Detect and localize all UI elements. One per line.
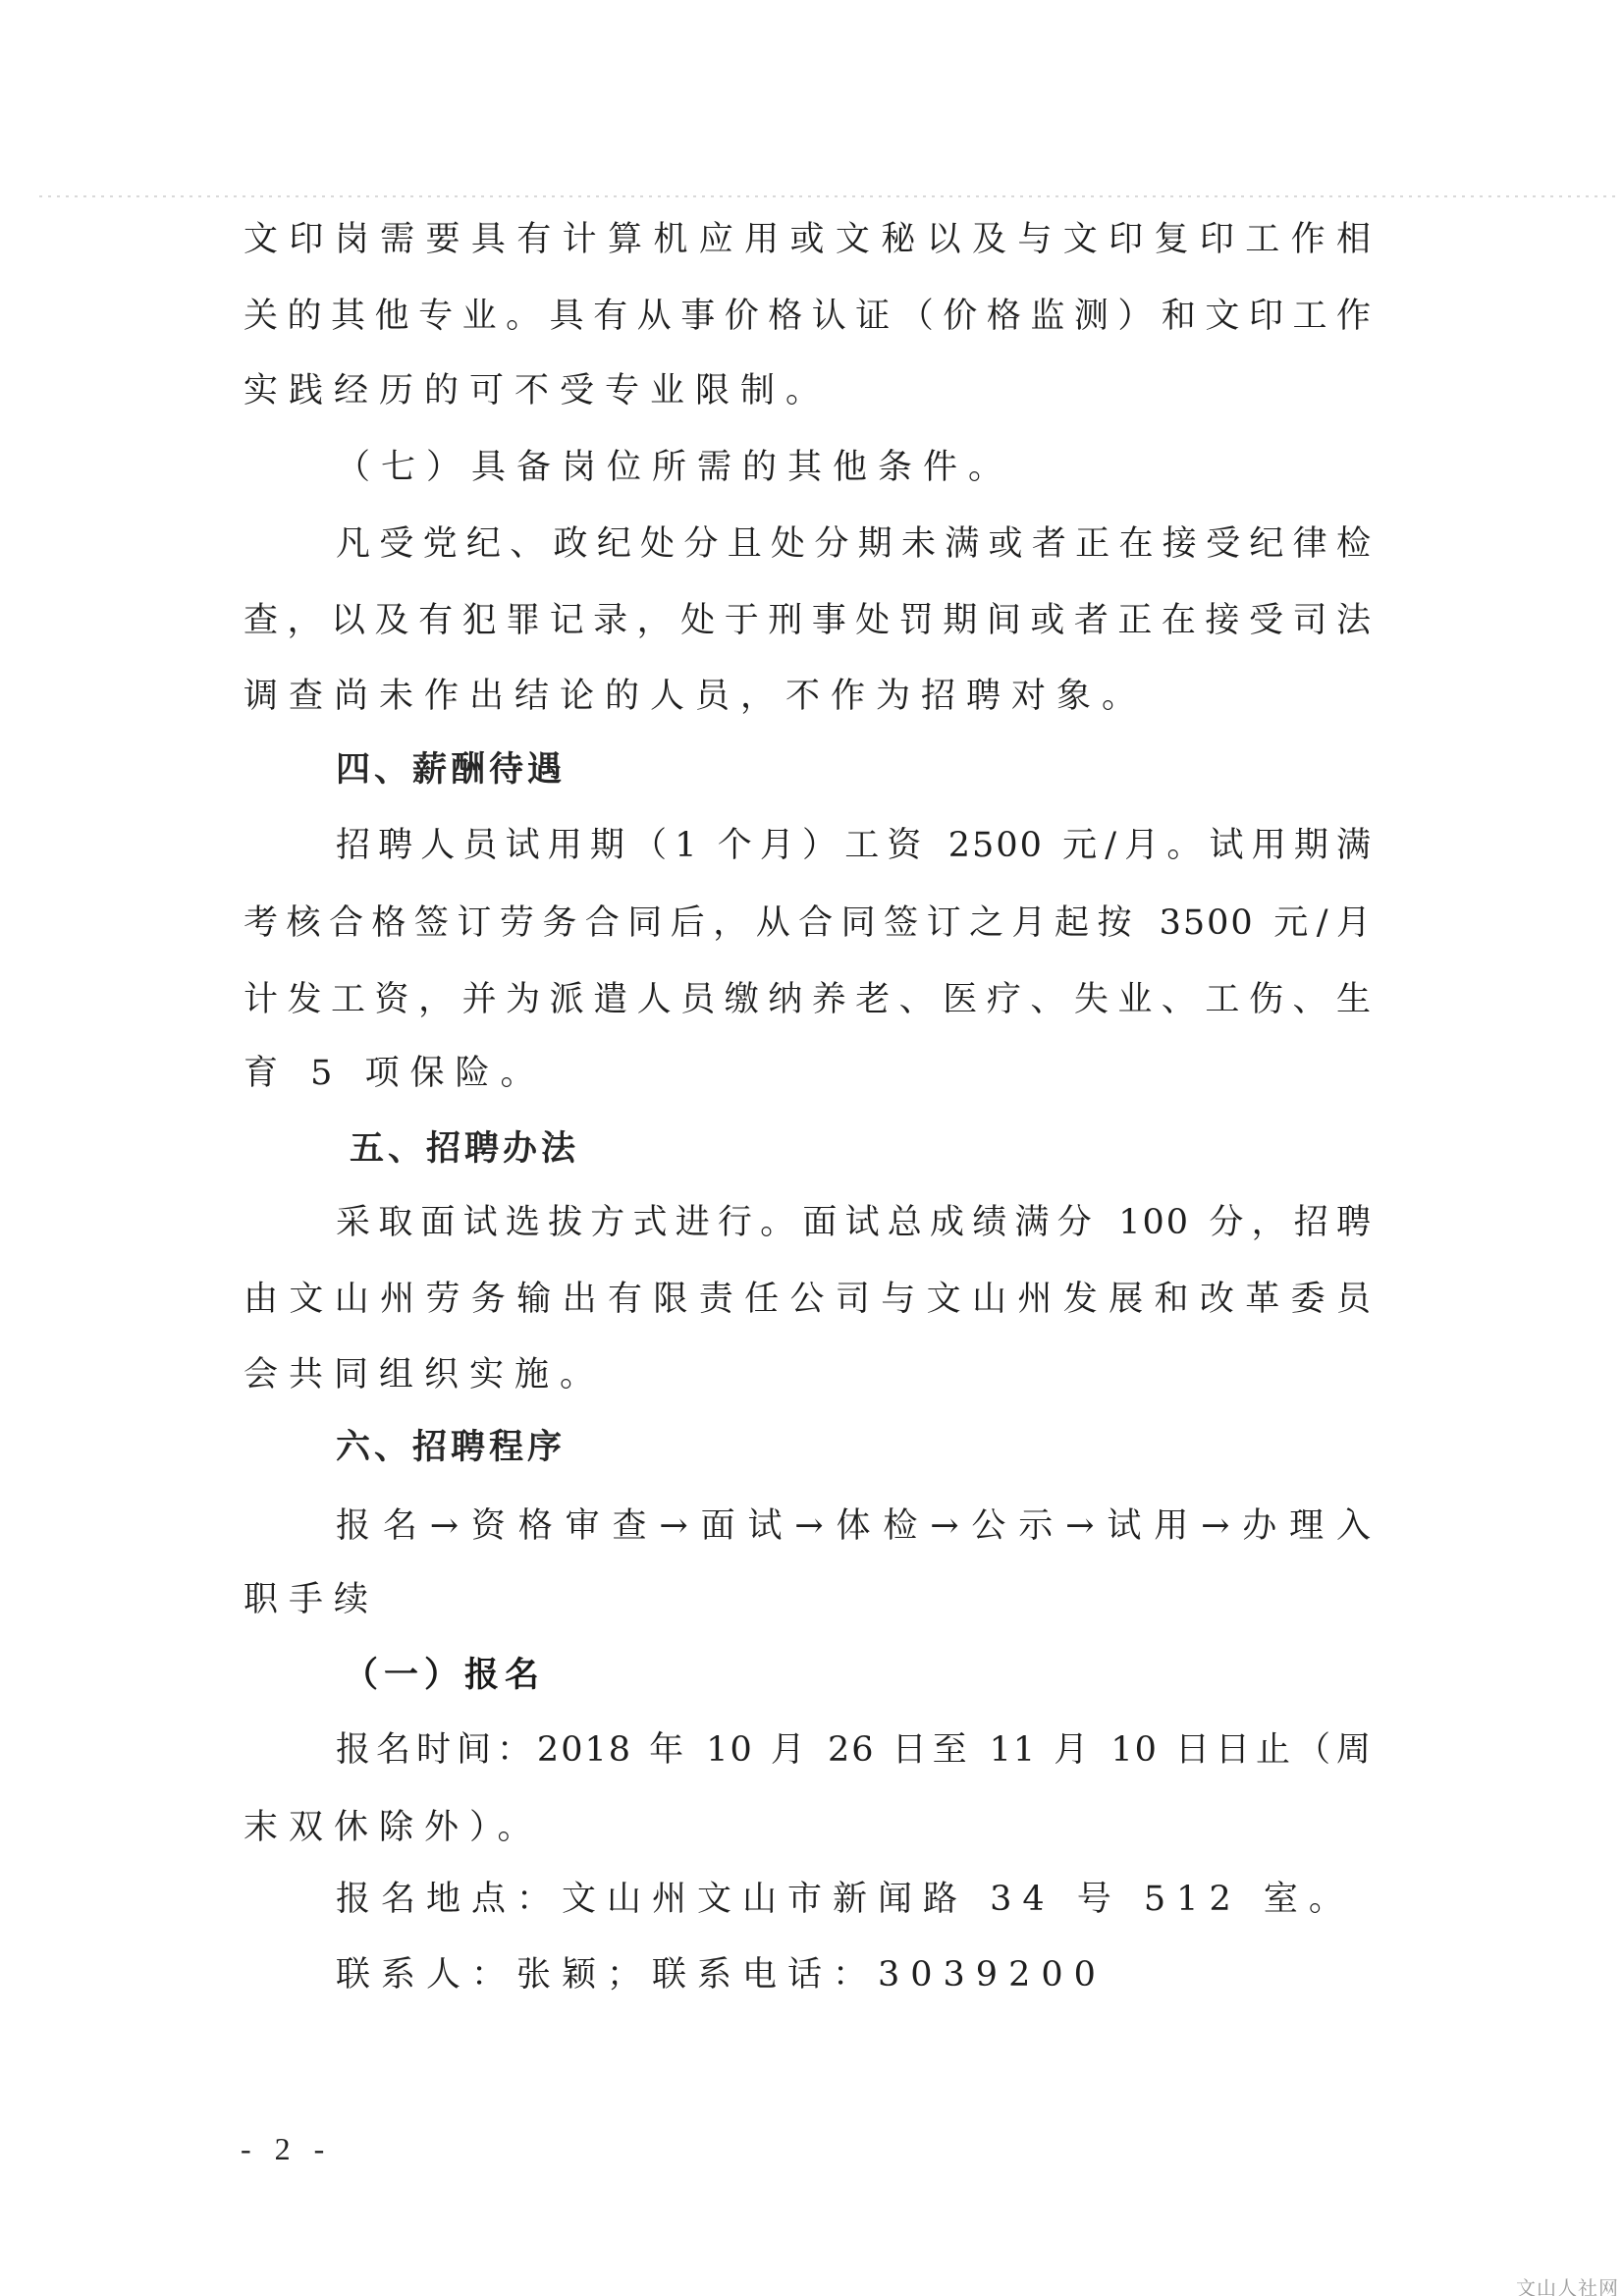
- paragraph-line: 考核合格签订劳务合同后，从合同签订之月起按 3500 元/月: [243, 900, 1373, 947]
- section-heading-procedure: 六、招聘程序: [336, 1424, 566, 1471]
- paragraph-line: 由文山州劳务输出有限责任公司与文山州发展和改革委员: [243, 1276, 1373, 1323]
- paragraph-line: 采取面试选拔方式进行。面试总成绩满分 100 分，招聘: [336, 1199, 1373, 1246]
- paragraph-line: 招聘人员试用期（1 个月）工资 2500 元/月。试用期满: [336, 822, 1373, 869]
- paragraph-line: 凡受党纪、政纪处分且处分期未满或者正在接受纪律检: [336, 520, 1373, 568]
- registration-location: 报名地点：文山州文山市新闻路 34 号 512 室。: [336, 1876, 1373, 1923]
- paragraph-line: 会共同组织实施。: [243, 1351, 1373, 1398]
- paragraph-line: 计发工资，并为派遣人员缴纳养老、医疗、失业、工伤、生: [243, 976, 1373, 1023]
- registration-time-cont: 末双休除外）。: [243, 1804, 1373, 1851]
- subsection-heading-registration: （一）报名: [344, 1652, 545, 1699]
- page-number: - 2 -: [241, 2131, 332, 2167]
- paragraph-line: 实践经历的可不受专业限制。: [243, 367, 1373, 414]
- registration-contact: 联系人：张颖；联系电话：3039200: [336, 1951, 1373, 1998]
- paragraph-line: 调查尚未作出结论的人员，不作为招聘对象。: [243, 673, 1373, 720]
- paragraph-line: 关的其他专业。具有从事价格认证（价格监测）和文印工作: [243, 293, 1373, 340]
- procedure-steps-line: 报名→资格审查→面试→体检→公示→试用→办理入: [336, 1503, 1373, 1550]
- site-watermark: 文山人社网: [1516, 2272, 1619, 2296]
- section-heading-method: 五、招聘办法: [350, 1125, 579, 1173]
- paragraph-line: 查，以及有犯罪记录，处于刑事处罚期间或者正在接受司法: [243, 597, 1373, 644]
- condition-item-seven: （七）具备岗位所需的其他条件。: [336, 444, 1373, 491]
- paragraph-line: 文印岗需要具有计算机应用或文秘以及与文印复印工作相: [243, 216, 1373, 263]
- scan-artifact-line: [39, 195, 1620, 197]
- procedure-steps-line: 职手续: [243, 1576, 1373, 1623]
- registration-time: 报名时间：2018 年 10 月 26 日至 11 月 10 日日止（周: [336, 1726, 1373, 1774]
- paragraph-line: 育 5 项保险。: [243, 1050, 1373, 1097]
- section-heading-salary: 四、薪酬待遇: [336, 746, 566, 793]
